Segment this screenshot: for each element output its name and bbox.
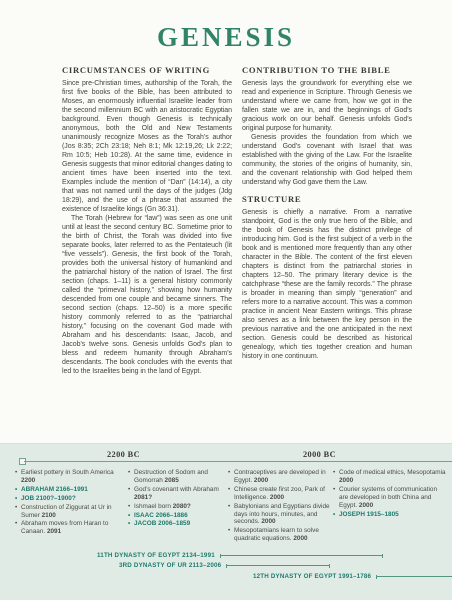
timeline-event: •JOB 2100?–1900? xyxy=(15,495,121,503)
timeline-event-year: 2000 xyxy=(254,477,268,484)
timeline-event-text: JOSEPH 1915–1805 xyxy=(339,511,399,519)
timeline-event: •Earliest pottery in South America 2200 xyxy=(15,469,121,485)
right-column: CONTRIBUTION TO THE BIBLE Genesis lays t… xyxy=(242,65,412,376)
timeline-event: •Courier systems of communication are de… xyxy=(333,486,448,510)
timeline-event-text: ISAAC 2066–1886 xyxy=(134,512,188,520)
heading-structure: STRUCTURE xyxy=(242,194,412,204)
timeline-event-year: 2080? xyxy=(173,503,191,510)
timeline-event-text: Code of medical ethics, Mesopotamia 2000 xyxy=(339,469,448,485)
dynasty-span-line xyxy=(226,565,330,566)
paragraph: Genesis lays the groundwork for everythi… xyxy=(242,79,412,133)
timeline-event-year: 2100 xyxy=(42,512,56,519)
timeline-event-year: 2081? xyxy=(134,494,152,501)
paragraph: Genesis provides the foundation from whi… xyxy=(242,133,412,187)
timeline-event: •Abraham moves from Haran to Canaan. 209… xyxy=(15,520,121,536)
timeline-event: •ABRAHAM 2166–1991 xyxy=(15,486,121,494)
dynasty-bar-11th-egypt: 11TH DYNASTY OF EGYPT 2134–1991 xyxy=(97,552,383,559)
dynasty-label: 12TH DYNASTY OF EGYPT 1991–1786 xyxy=(253,573,371,580)
timeline-events-column-4: •Code of medical ethics, Mesopotamia 200… xyxy=(333,469,448,519)
timeline-event-text: God’s covenant with Abraham 2081? xyxy=(134,486,225,502)
timeline-event: •Babylonians and Egyptians divide days i… xyxy=(228,503,332,527)
timeline-event-year: 2000 xyxy=(261,518,275,525)
timeline-event: •JACOB 2006–1859 xyxy=(128,520,225,528)
timeline-event: •Destruction of Sodom and Gomorrah 2085 xyxy=(128,469,225,485)
timeline-event-text: Chinese create first zoo, Park of Intell… xyxy=(234,486,332,502)
timeline-event-year: 2166–1991 xyxy=(56,486,88,493)
timeline-event-text: Construction of Ziggurat at Ur in Sumer … xyxy=(21,504,121,520)
timeline-event-text: Abraham moves from Haran to Canaan. 2091 xyxy=(21,520,121,536)
timeline-event: •Code of medical ethics, Mesopotamia 200… xyxy=(333,469,448,485)
timeline-event-text: Contraceptives are developed in Egypt. 2… xyxy=(234,469,332,485)
timeline-event-year: 2006–1859 xyxy=(158,520,190,527)
paragraph: Since pre-Christian times, authorship of… xyxy=(62,79,232,214)
left-column: CIRCUMSTANCES OF WRITING Since pre-Chris… xyxy=(62,65,232,376)
timeline-event: •Contraceptives are developed in Egypt. … xyxy=(228,469,332,485)
dynasty-span-line xyxy=(376,576,452,577)
timeline-events-column-3: •Contraceptives are developed in Egypt. … xyxy=(228,469,332,544)
dynasty-span-line xyxy=(220,555,383,556)
timeline-event: •ISAAC 2066–1886 xyxy=(128,512,225,520)
timeline-event-year: 1915–1805 xyxy=(367,511,399,518)
dynasty-bar-12th-egypt: 12TH DYNASTY OF EGYPT 1991–1786 xyxy=(253,573,452,580)
paragraph: Genesis is chiefly a narrative. From a n… xyxy=(242,208,412,361)
timeline-event-year: 2085 xyxy=(165,477,179,484)
timeline-event: •Mesopotamians learn to solve quadratic … xyxy=(228,527,332,543)
timeline-event-year: 2066–1886 xyxy=(156,512,188,519)
paragraph: The Torah (Hebrew for “law”) was seen as… xyxy=(62,214,232,376)
timeline-event: •Chinese create first zoo, Park of Intel… xyxy=(228,486,332,502)
dynasty-bar-3rd-ur: 3RD DYNASTY OF UR 2113–2006 xyxy=(119,562,330,569)
timeline-event: •God’s covenant with Abraham 2081? xyxy=(128,486,225,502)
timeline-event-text: Destruction of Sodom and Gomorrah 2085 xyxy=(134,469,225,485)
timeline-event-text: Earliest pottery in South America 2200 xyxy=(21,469,121,485)
timeline-event-text: Babylonians and Egyptians divide days in… xyxy=(234,503,332,527)
timeline-event-year: 2200 xyxy=(21,477,35,484)
page-title: GENESIS xyxy=(0,0,452,53)
timeline-event-text: ABRAHAM 2166–1991 xyxy=(21,486,88,494)
timeline-event-year: 2100?–1900? xyxy=(36,495,76,502)
timeline-event-text: Courier systems of communication are dev… xyxy=(339,486,448,510)
timeline-event: •Ishmael born 2080? xyxy=(128,503,225,511)
dynasty-label: 11TH DYNASTY OF EGYPT 2134–1991 xyxy=(97,552,215,559)
timeline-event: •Construction of Ziggurat at Ur in Sumer… xyxy=(15,504,121,520)
timeline-event-text: Ishmael born 2080? xyxy=(134,503,191,511)
timeline-event-text: JACOB 2006–1859 xyxy=(134,520,190,528)
timeline-event: •JOSEPH 1915–1805 xyxy=(333,511,448,519)
dynasty-label: 3RD DYNASTY OF UR 2113–2006 xyxy=(119,562,221,569)
era-label-2200bc: 2200 BC xyxy=(107,450,140,459)
timeline-axis-rule xyxy=(24,461,452,462)
article-columns: CIRCUMSTANCES OF WRITING Since pre-Chris… xyxy=(0,53,452,376)
heading-contribution-to-the-bible: CONTRIBUTION TO THE BIBLE xyxy=(242,65,412,75)
timeline-event-year: 2000 xyxy=(293,535,307,542)
timeline-event-year: 2000 xyxy=(339,477,353,484)
era-label-2000bc: 2000 BC xyxy=(303,450,336,459)
timeline-event-year: 2091 xyxy=(47,528,61,535)
timeline-event-year: 2000 xyxy=(359,502,373,509)
timeline-event-text: Mesopotamians learn to solve quadratic e… xyxy=(234,527,332,543)
book-page: GENESIS CIRCUMSTANCES OF WRITING Since p… xyxy=(0,0,452,600)
timeline-event-text: JOB 2100?–1900? xyxy=(21,495,76,503)
heading-circumstances-of-writing: CIRCUMSTANCES OF WRITING xyxy=(62,65,232,75)
timeline-band: 2200 BC 2000 BC •Earliest pottery in Sou… xyxy=(0,443,452,600)
timeline-events-column-1: •Earliest pottery in South America 2200•… xyxy=(15,469,121,537)
timeline-event-year: 2000 xyxy=(270,494,284,501)
timeline-events-column-2: •Destruction of Sodom and Gomorrah 2085•… xyxy=(128,469,225,529)
